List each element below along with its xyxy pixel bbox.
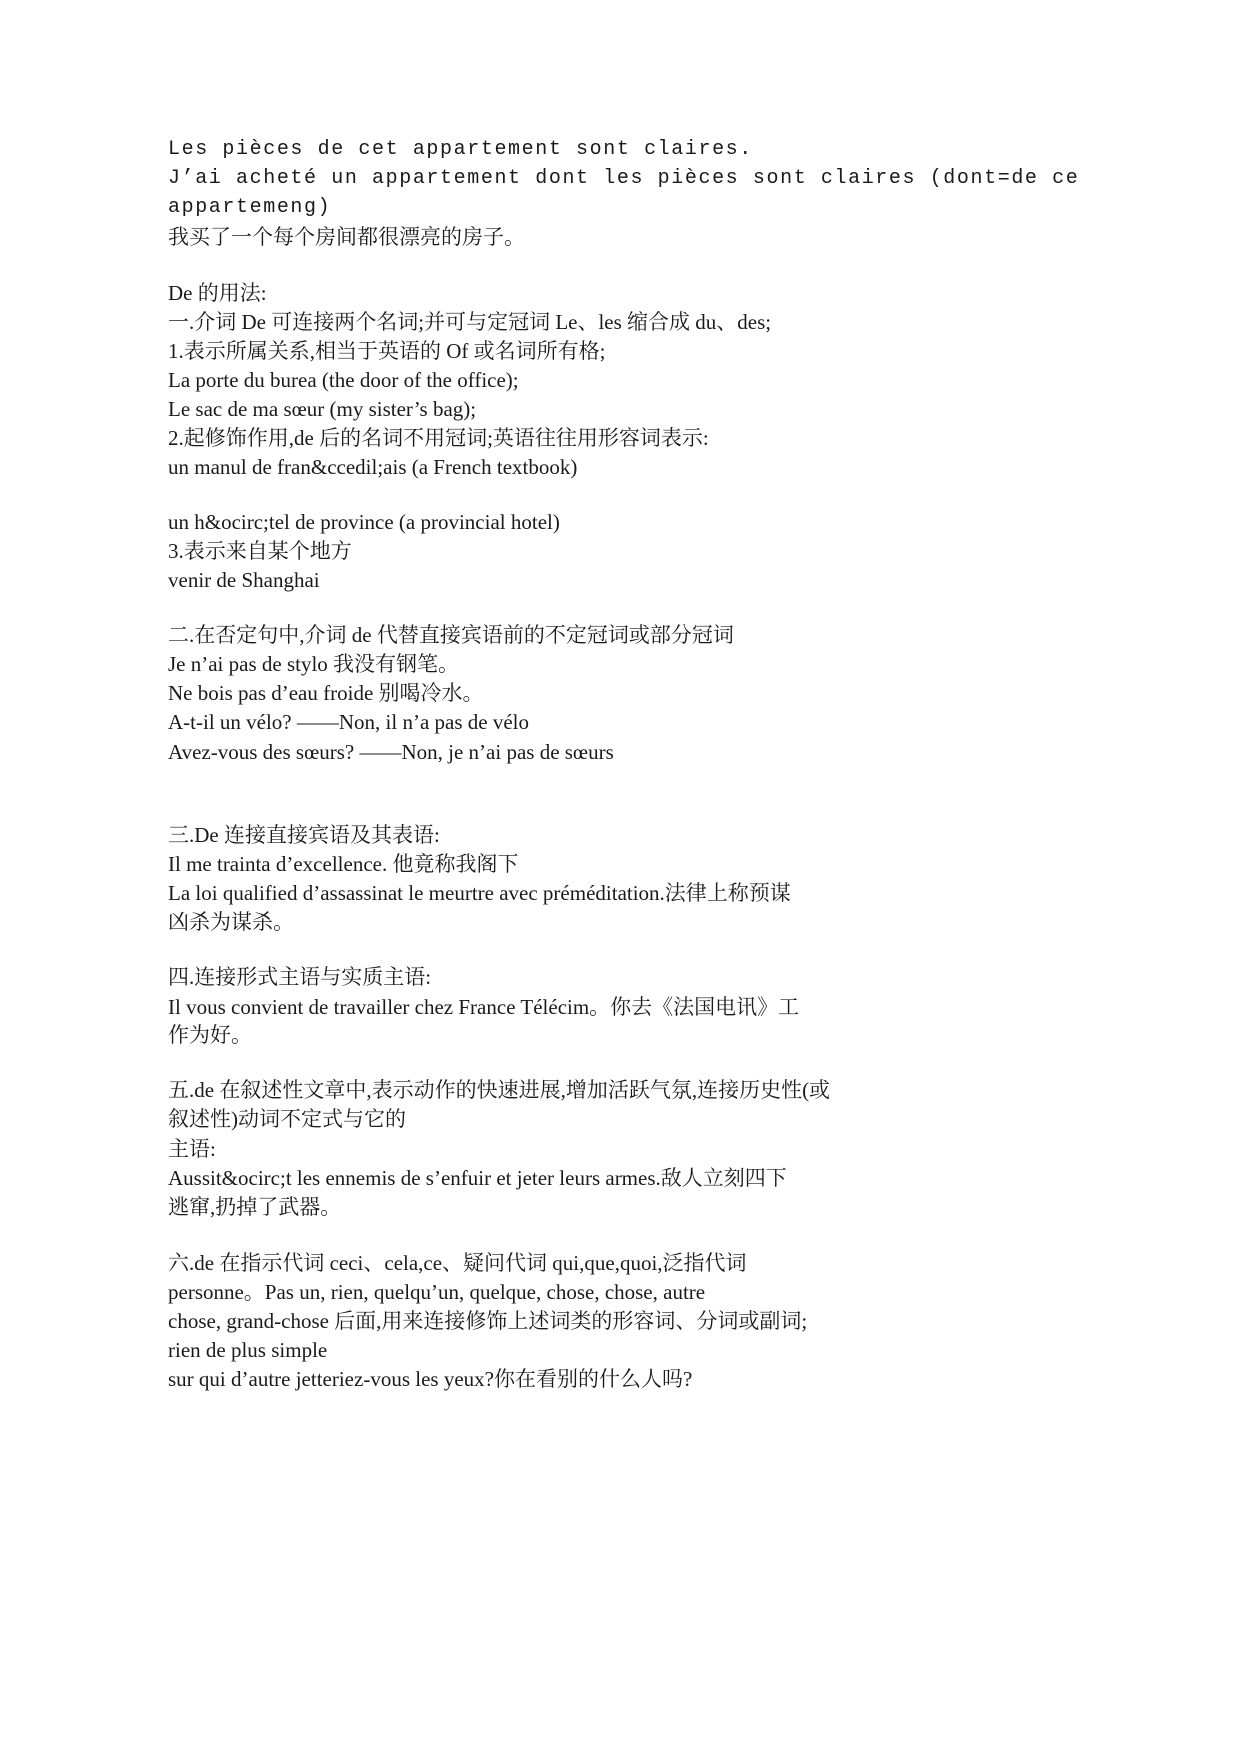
section-6-item: rien de plus simple — [168, 1338, 327, 1362]
section-6-item: personne。Pas un, rien, quelqu’un, quelqu… — [168, 1280, 705, 1304]
section-2-item: Je n’ai pas de stylo 我没有钢笔。 — [168, 652, 459, 676]
section-1-title: 一.介词 De 可连接两个名词;并可与定冠词 Le、les 缩合成 du、des… — [168, 310, 771, 334]
section-1-item: venir de Shanghai — [168, 568, 320, 592]
section-5-item: Aussit&ocirc;t les ennemis de s’enfuir e… — [168, 1166, 787, 1190]
intro-line-3: appartemeng) — [168, 196, 331, 220]
section-6-item: chose, grand-chose 后面,用来连接修饰上述词类的形容词、分词或… — [168, 1309, 807, 1333]
section-1-item: un h&ocirc;tel de province (a provincial… — [168, 510, 560, 534]
section-3-item: 凶杀为谋杀。 — [168, 910, 294, 934]
section-5-item: 主语: — [168, 1137, 216, 1161]
section-5-item: 叙述性)动词不定式与它的 — [168, 1107, 406, 1131]
section-3-title: 三.De 连接直接宾语及其表语: — [168, 823, 440, 847]
section-1-item: Le sac de ma sœur (my sister’s bag); — [168, 397, 476, 421]
intro-translation: 我买了一个每个房间都很漂亮的房子。 — [168, 225, 525, 249]
section-4-title: 四.连接形式主语与实质主语: — [168, 965, 431, 989]
section-heading: De 的用法: — [168, 281, 267, 305]
section-6-title: 六.de 在指示代词 ceci、cela,ce、疑问代词 qui,que,quo… — [168, 1251, 747, 1275]
intro-line-1: Les pièces de cet appartement sont clair… — [168, 138, 753, 162]
section-3-item: La loi qualified d’assassinat le meurtre… — [168, 881, 791, 905]
section-1-item: La porte du burea (the door of the offic… — [168, 368, 519, 392]
section-1-item: 2.起修饰作用,de 后的名词不用冠词;英语往往用形容词表示: — [168, 426, 709, 450]
document-page: Les pièces de cet appartement sont clair… — [0, 0, 1241, 1754]
section-2-item: Avez-vous des sœurs? ——Non, je n’ai pas … — [168, 740, 614, 764]
section-4-item: 作为好。 — [168, 1023, 252, 1047]
section-1-item: 3.表示来自某个地方 — [168, 539, 352, 563]
section-1-item: 1.表示所属关系,相当于英语的 Of 或名词所有格; — [168, 339, 606, 363]
section-5-title: 五.de 在叙述性文章中,表示动作的快速进展,增加活跃气氛,连接历史性(或 — [168, 1078, 830, 1102]
section-2-item: Ne bois pas d’eau froide 别喝冷水。 — [168, 681, 484, 705]
section-2-title: 二.在否定句中,介词 de 代替直接宾语前的不定冠词或部分冠词 — [168, 623, 734, 647]
intro-line-2: J’ai acheté un appartement dont les pièc… — [168, 167, 1079, 191]
section-3-item: Il me trainta d’excellence. 他竟称我阁下 — [168, 852, 518, 876]
section-4-item: Il vous convient de travailler chez Fran… — [168, 995, 799, 1019]
section-6-item: sur qui d’autre jetteriez-vous les yeux?… — [168, 1367, 692, 1391]
section-2-item: A-t-il un vélo? ——Non, il n’a pas de vél… — [168, 710, 529, 734]
section-1-item: un manul de fran&ccedil;ais (a French te… — [168, 455, 577, 479]
section-5-item: 逃窜,扔掉了武器。 — [168, 1195, 341, 1219]
